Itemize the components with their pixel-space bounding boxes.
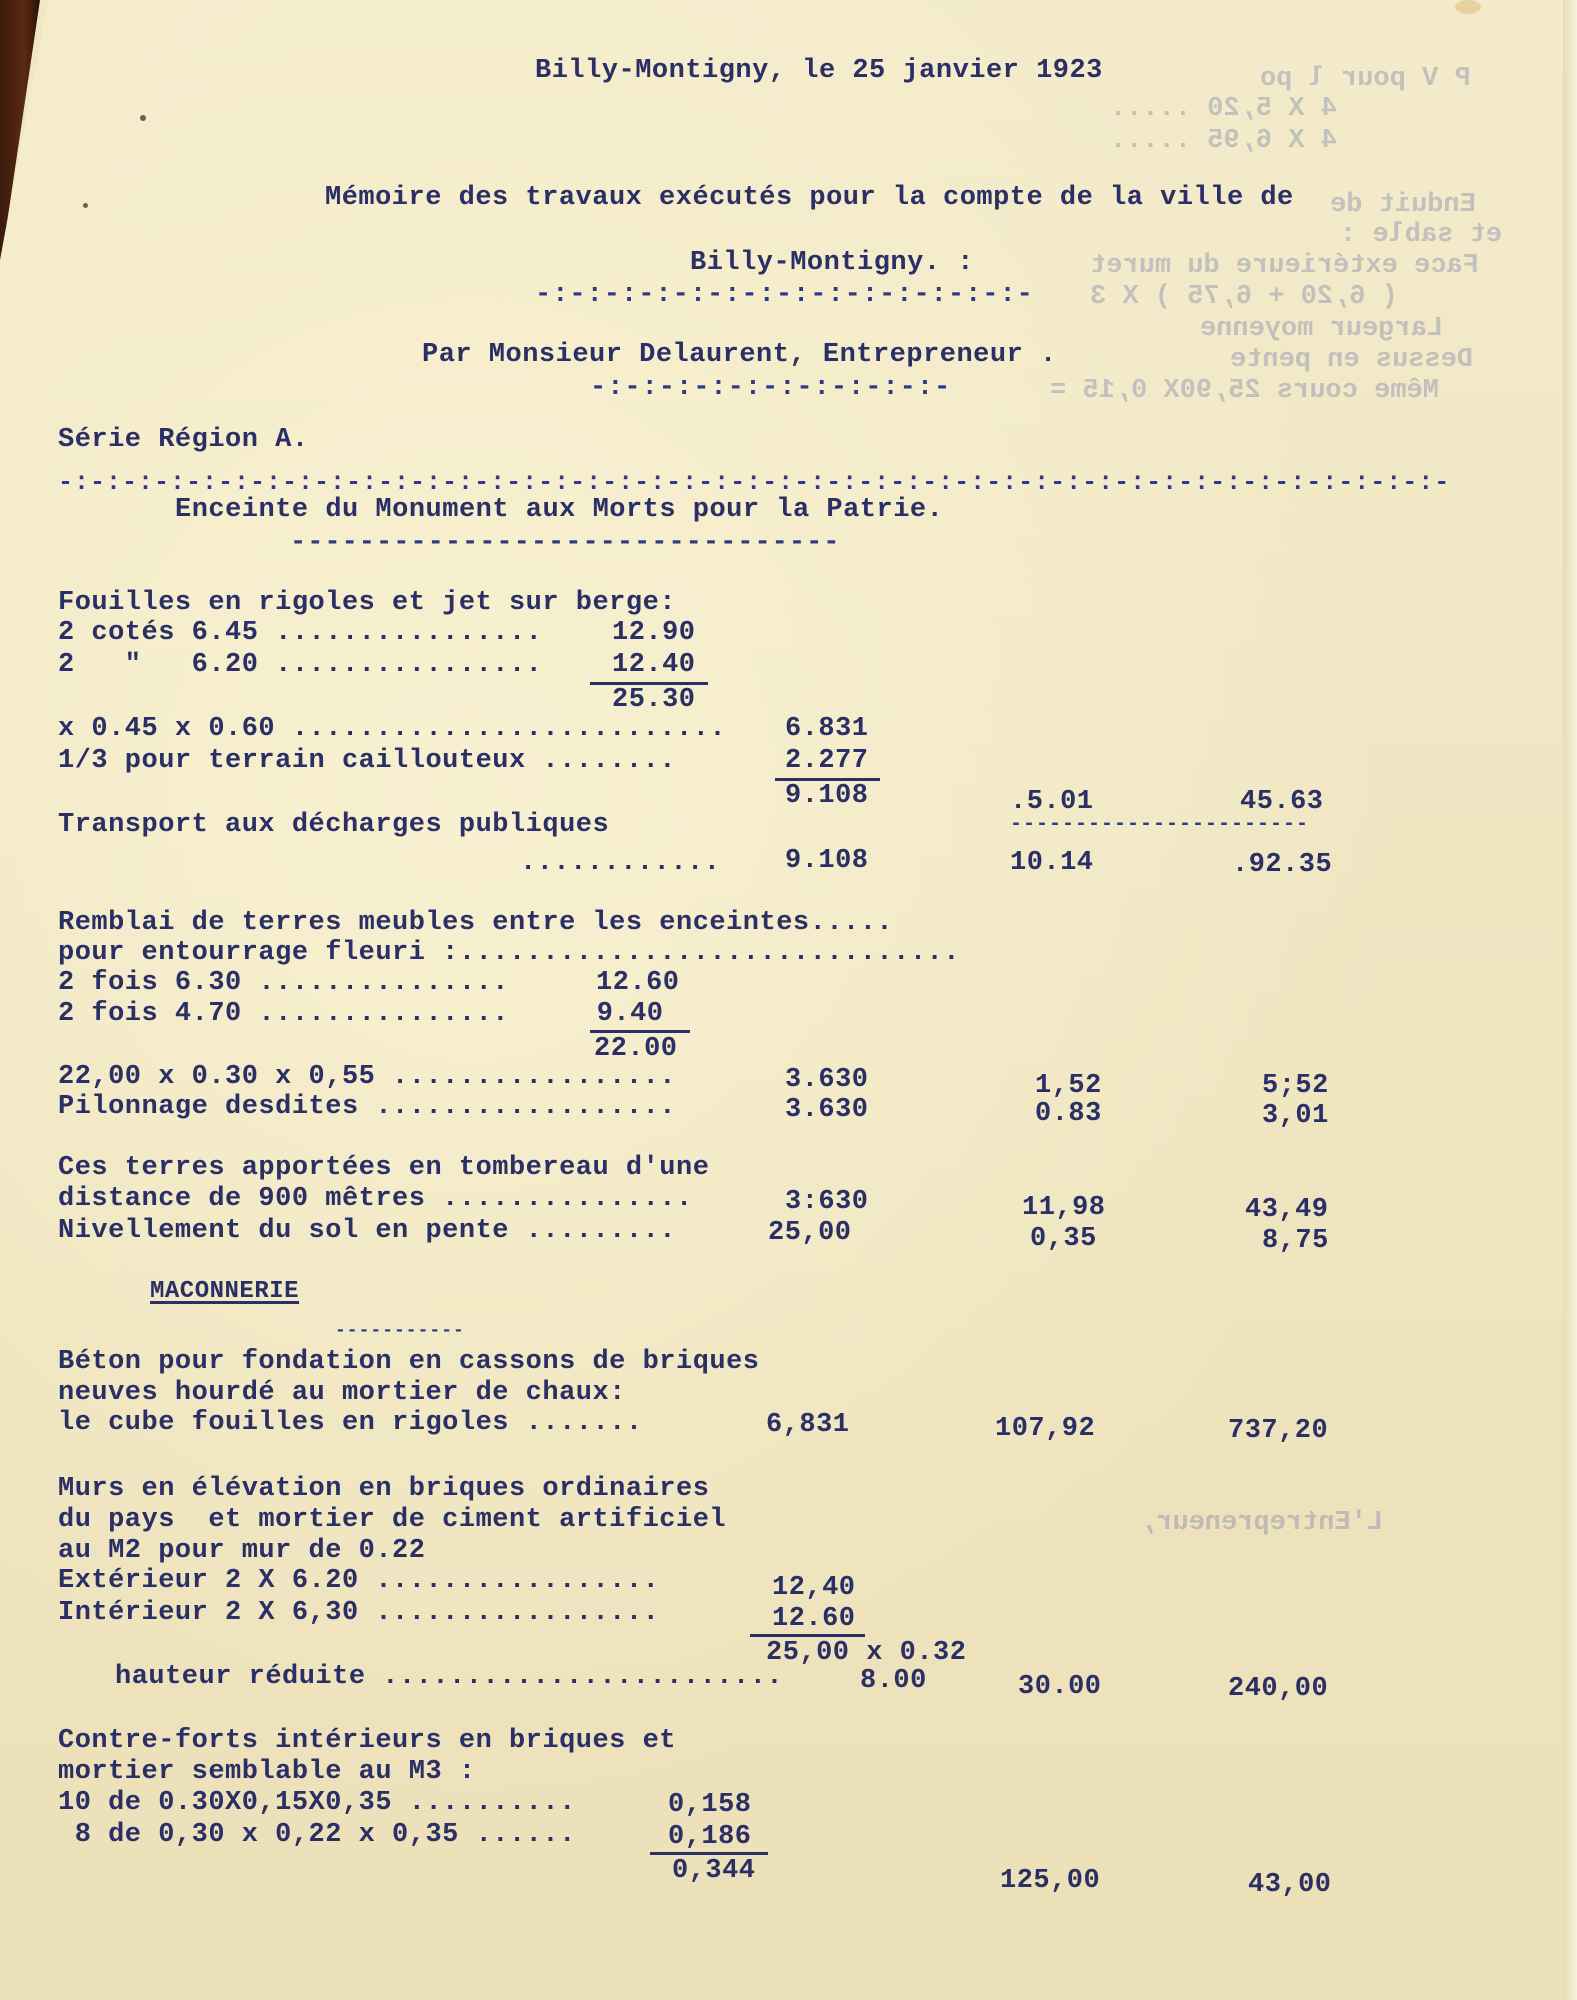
murs-row-label: Intérieur 2 X 6,30 .................: [58, 1600, 659, 1627]
remblai-heading: Remblai de terres meubles entre les ence…: [58, 910, 893, 937]
separator: -:-:-:-:-:-:-:-:-:-:-:-:-:-:-: [535, 282, 1034, 309]
contreforts-line: Contre-forts intérieurs en briques et: [58, 1728, 676, 1755]
column-separator: -----------------------: [1010, 815, 1309, 835]
section-title: Enceinte du Monument aux Morts pour la P…: [175, 497, 943, 524]
terres-unit-price: 11,98: [1022, 1195, 1106, 1222]
transport-label: Transport aux décharges publiques: [58, 812, 609, 839]
hauteur-value: 8.00: [860, 1668, 927, 1695]
transport-amount: .92.35: [1232, 852, 1332, 879]
contreforts-amount: 43,00: [1248, 1872, 1332, 1899]
title-line-town: Billy-Montigny. :: [690, 250, 974, 277]
terres-quantity: 3:630: [785, 1189, 869, 1216]
fouilles-extra-label: 1/3 pour terrain caillouteux ........: [58, 748, 676, 775]
nivellement-unit-price: 0,35: [1030, 1226, 1097, 1253]
terres-line: Ces terres apportées en tombereau d'une: [58, 1155, 709, 1182]
beton-line: le cube fouilles en rigoles .......: [58, 1410, 643, 1437]
remblai-calc-label: 22,00 x 0.30 x 0,55 .................: [58, 1064, 676, 1091]
murs-line: au M2 pour mur de 0.22: [58, 1538, 425, 1565]
contreforts-subtotal: 0,344: [672, 1858, 756, 1885]
transport-dots: ............: [520, 850, 720, 877]
title-line: Mémoire des travaux exécutés pour la com…: [325, 185, 1294, 212]
remblai-heading: pour entourrage fleuri :................…: [58, 940, 960, 967]
contreforts-line: mortier semblable au M3 :: [58, 1759, 476, 1786]
fouilles-row-label: 2 cotés 6.45 ................: [58, 620, 542, 647]
murs-row-value: 12.60: [772, 1606, 856, 1633]
contractor-line: Par Monsieur Delaurent, Entrepreneur .: [422, 342, 1057, 369]
pilonnage-amount: 3,01: [1262, 1103, 1329, 1130]
terres-line: distance de 900 mêtres ...............: [58, 1186, 693, 1213]
series-label: Série Région A.: [58, 427, 309, 454]
date-line: Billy-Montigny, le 25 janvier 1923: [535, 58, 1103, 85]
nivellement-amount: 8,75: [1262, 1228, 1329, 1255]
contreforts-row-label: 10 de 0.30X0,15X0,35 ..........: [58, 1790, 576, 1817]
contreforts-unit-price: 125,00: [1000, 1868, 1100, 1895]
murs-unit-price: 30.00: [1018, 1674, 1102, 1701]
fouilles-row-label: 2 " 6.20 ................: [58, 652, 542, 679]
remblai-calc-amount: 5;52: [1262, 1073, 1329, 1100]
contreforts-row-value: 0,186: [668, 1824, 752, 1851]
beton-line: neuves hourdé au mortier de chaux:: [58, 1380, 626, 1407]
murs-line: Murs en élévation en briques ordinaires: [58, 1476, 709, 1503]
fouilles-subtotal: 25.30: [612, 687, 696, 714]
beton-line: Béton pour fondation en cassons de briqu…: [58, 1349, 760, 1376]
contreforts-row-label: 8 de 0,30 x 0,22 x 0,35 ......: [58, 1822, 576, 1849]
remblai-row-label: 2 fois 6.30 ...............: [58, 970, 509, 997]
hauteur-label: hauteur réduite ........................: [115, 1664, 783, 1691]
fouilles-row-value: 12.40: [612, 652, 696, 679]
beton-quantity: 6,831: [766, 1412, 850, 1439]
murs-subtotal: 25,00 x 0.32: [766, 1640, 966, 1667]
fouilles-calc-value: 6.831: [785, 716, 869, 743]
nivellement-label: Nivellement du sol en pente .........: [58, 1218, 676, 1245]
pilonnage-unit-price: 0.83: [1035, 1101, 1102, 1128]
transport-quantity: 9.108: [785, 848, 869, 875]
remblai-row-value: 12.60: [596, 970, 680, 997]
column-separator: -----------: [335, 1322, 465, 1340]
murs-amount: 240,00: [1228, 1676, 1328, 1703]
fouilles-heading: Fouilles en rigoles et jet sur berge:: [58, 590, 676, 617]
fouilles-row-value: 12.90: [612, 620, 696, 647]
beton-unit-price: 107,92: [995, 1416, 1095, 1443]
beton-amount: 737,20: [1228, 1418, 1328, 1445]
document: Billy-Montigny, le 25 janvier 1923 Mémoi…: [0, 0, 1577, 2000]
fouilles-total: 9.108: [785, 783, 869, 810]
fouilles-extra-value: 2.277: [785, 748, 869, 775]
section-underline: --------------------------------: [290, 530, 840, 557]
murs-line: du pays et mortier de ciment artificiel: [58, 1507, 726, 1534]
sum-rule: [650, 1852, 768, 1855]
maconnerie-title: MACONNERIE: [150, 1280, 299, 1304]
murs-row-value: 12,40: [772, 1575, 856, 1602]
remblai-row-value: 9.40: [580, 1001, 664, 1028]
fouilles-amount: 45.63: [1240, 789, 1324, 816]
series-separator: -:-:-:-:-:-:-:-:-:-:-:-:-:-:-:-:-:-:-:-:…: [58, 470, 1450, 495]
remblai-subtotal: 22.00: [594, 1036, 678, 1063]
separator: -:-:-:-:-:-:-:-:-:-:-: [590, 375, 951, 402]
murs-row-label: Extérieur 2 X 6.20 .................: [58, 1568, 659, 1595]
contreforts-row-value: 0,158: [668, 1792, 752, 1819]
nivellement-value: 25,00: [768, 1220, 852, 1247]
remblai-calc-unit-price: 1,52: [1035, 1073, 1102, 1100]
remblai-row-label: 2 fois 4.70 ...............: [58, 1001, 509, 1028]
fouilles-unit-price: .5.01: [1010, 789, 1094, 816]
sum-rule: [590, 1030, 690, 1033]
fouilles-calc-label: x 0.45 x 0.60 ..........................: [58, 716, 726, 743]
pilonnage-label: Pilonnage desdites ..................: [58, 1094, 676, 1121]
remblai-calc-value: 3.630: [785, 1067, 869, 1094]
pilonnage-value: 3.630: [785, 1097, 869, 1124]
transport-unit-price: 10.14: [1010, 850, 1094, 877]
sum-rule: [750, 1634, 865, 1637]
terres-amount: 43,49: [1245, 1197, 1329, 1224]
